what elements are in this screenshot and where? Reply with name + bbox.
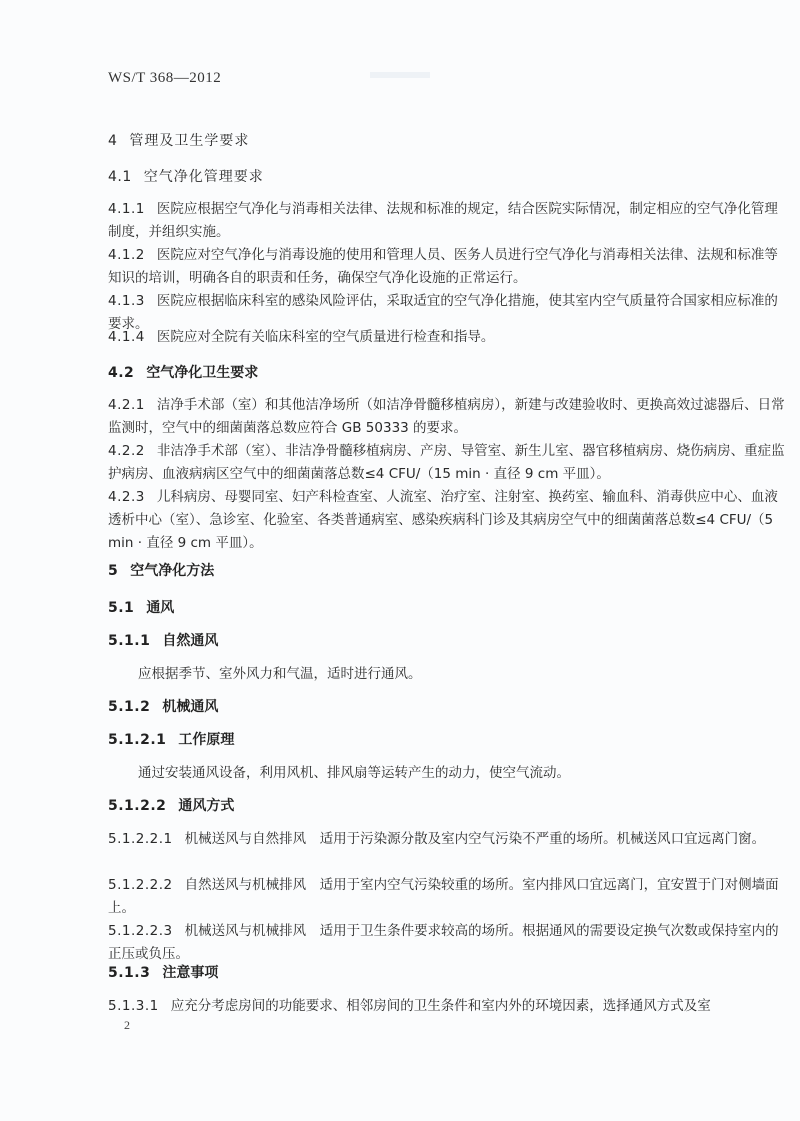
para-5-1-2-2-2: 5.1.2.2.2自然送风与机械排风 适用于室内空气污染较重的场所。室内排风口宜…: [108, 874, 788, 920]
section-5-1-3-heading: 5.1.3注意事项: [108, 962, 788, 985]
section-4-1-heading: 4.1空气净化管理要求: [108, 166, 788, 189]
para-5-1-2-2-3: 5.1.2.2.3机械送风与机械排风 适用于卫生条件要求较高的场所。根据通风的需…: [108, 920, 788, 966]
section-4-heading: 4管理及卫生学要求: [108, 130, 788, 153]
para-5-1-2-1: 通过安装通风设备，利用风机、排风扇等运转产生的动力，使空气流动。: [108, 762, 800, 785]
document-page: WS/T 368—2012 4管理及卫生学要求 4.1空气净化管理要求 4.1.…: [0, 0, 800, 1121]
section-4-2-heading: 4.2空气净化卫生要求: [108, 362, 788, 385]
page-number: 2: [124, 1018, 130, 1033]
para-4-2-1: 4.2.1洁净手术部（室）和其他洁净场所（如洁净骨髓移植病房），新建与改建验收时…: [108, 394, 788, 440]
para-5-1-1: 应根据季节、室外风力和气温，适时进行通风。: [108, 663, 800, 686]
para-5-1-2-2-1: 5.1.2.2.1机械送风与自然排风 适用于污染源分散及室内空气污染不严重的场所…: [108, 828, 788, 851]
section-5-1-heading: 5.1通风: [108, 597, 788, 620]
para-4-2-3: 4.2.3儿科病房、母婴同室、妇产科检查室、人流室、治疗室、注射室、换药室、输血…: [108, 486, 788, 555]
para-4-1-2: 4.1.2医院应对空气净化与消毒设施的使用和管理人员、医务人员进行空气净化与消毒…: [108, 244, 788, 290]
scan-artifact: [370, 72, 430, 78]
para-4-1-1: 4.1.1医院应根据空气净化与消毒相关法律、法规和标准的规定，结合医院实际情况，…: [108, 198, 788, 244]
section-5-1-1-heading: 5.1.1自然通风: [108, 630, 788, 653]
para-4-1-4: 4.1.4医院应对全院有关临床科室的空气质量进行检查和指导。: [108, 326, 788, 349]
section-5-heading: 5空气净化方法: [108, 560, 788, 583]
para-4-2-2: 4.2.2非洁净手术部（室）、非洁净骨髓移植病房、产房、导管室、新生儿室、器官移…: [108, 440, 788, 486]
standard-code: WS/T 368—2012: [108, 70, 221, 87]
para-5-1-3-1: 5.1.3.1应充分考虑房间的功能要求、相邻房间的卫生条件和室内外的环境因素，选…: [108, 995, 788, 1018]
section-5-1-2-2-heading: 5.1.2.2通风方式: [108, 795, 788, 818]
section-5-1-2-heading: 5.1.2机械通风: [108, 696, 788, 719]
section-5-1-2-1-heading: 5.1.2.1工作原理: [108, 729, 788, 752]
